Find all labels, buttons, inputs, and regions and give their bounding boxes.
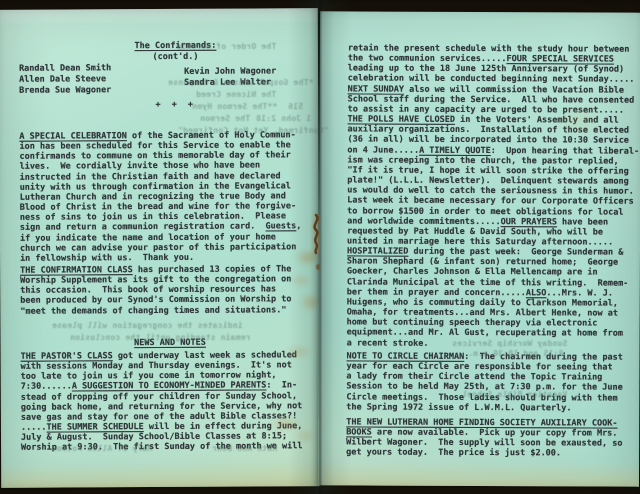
circle-chairman-paragraph: NOTE TO CIRCLE CHAIRMAN: The chairmen du…	[346, 351, 623, 413]
section-separator: + + +	[0, 99, 318, 111]
news-and-notes-heading: NEWS AND NOTES	[0, 337, 319, 349]
staple-rust-mark	[308, 212, 324, 256]
right-page: retain the present schedule with the stu…	[318, 11, 640, 486]
confirmand-name: Brenda Sue Wagoner	[19, 85, 111, 96]
left-page: The Confirmands: (cont'd.) Randall Dean …	[0, 8, 320, 488]
confirmands-contd: (cont'd.)	[33, 51, 318, 63]
page-edge-highlight	[0, 8, 318, 26]
page-bottom-aging	[318, 461, 639, 486]
news-continued-paragraph: retain the present schedule with the stu…	[347, 43, 640, 349]
confirmand-name: Sandra Lee Walter	[184, 77, 276, 88]
confirmands-heading: The Confirmands: (cont'd.)	[0, 40, 318, 64]
pastors-class-paragraph: THE PASTOR'S CLASS got underway last wee…	[21, 350, 303, 453]
scanned-booklet-photo: The Confirmands: (cont'd.) Randall Dean …	[0, 0, 640, 494]
confirmand-names-column-2: Kevin John Wagoner Sandra Lee Walter	[184, 66, 276, 88]
confirmand-names-column-1: Randall Dean Smith Allen Dale Steeve Bre…	[19, 63, 111, 96]
page-bottom-aging	[1, 462, 320, 488]
special-celebration-paragraph: A SPECIAL CELEBRATION of the Sacrament o…	[19, 130, 301, 264]
confirmand-name: Randall Dean Smith	[19, 63, 111, 74]
cookbooks-paragraph: THE NEW LUTHERAN HOME FINDING SOCIETY AU…	[346, 417, 623, 459]
confirmand-name: Allen Dale Steeve	[19, 74, 111, 85]
confirmand-name: Kevin John Wagoner	[184, 66, 276, 77]
confirmation-class-paragraph: THE CONFIRMATION CLASS has purchased 13 …	[20, 264, 291, 316]
rust-spot	[316, 264, 320, 270]
